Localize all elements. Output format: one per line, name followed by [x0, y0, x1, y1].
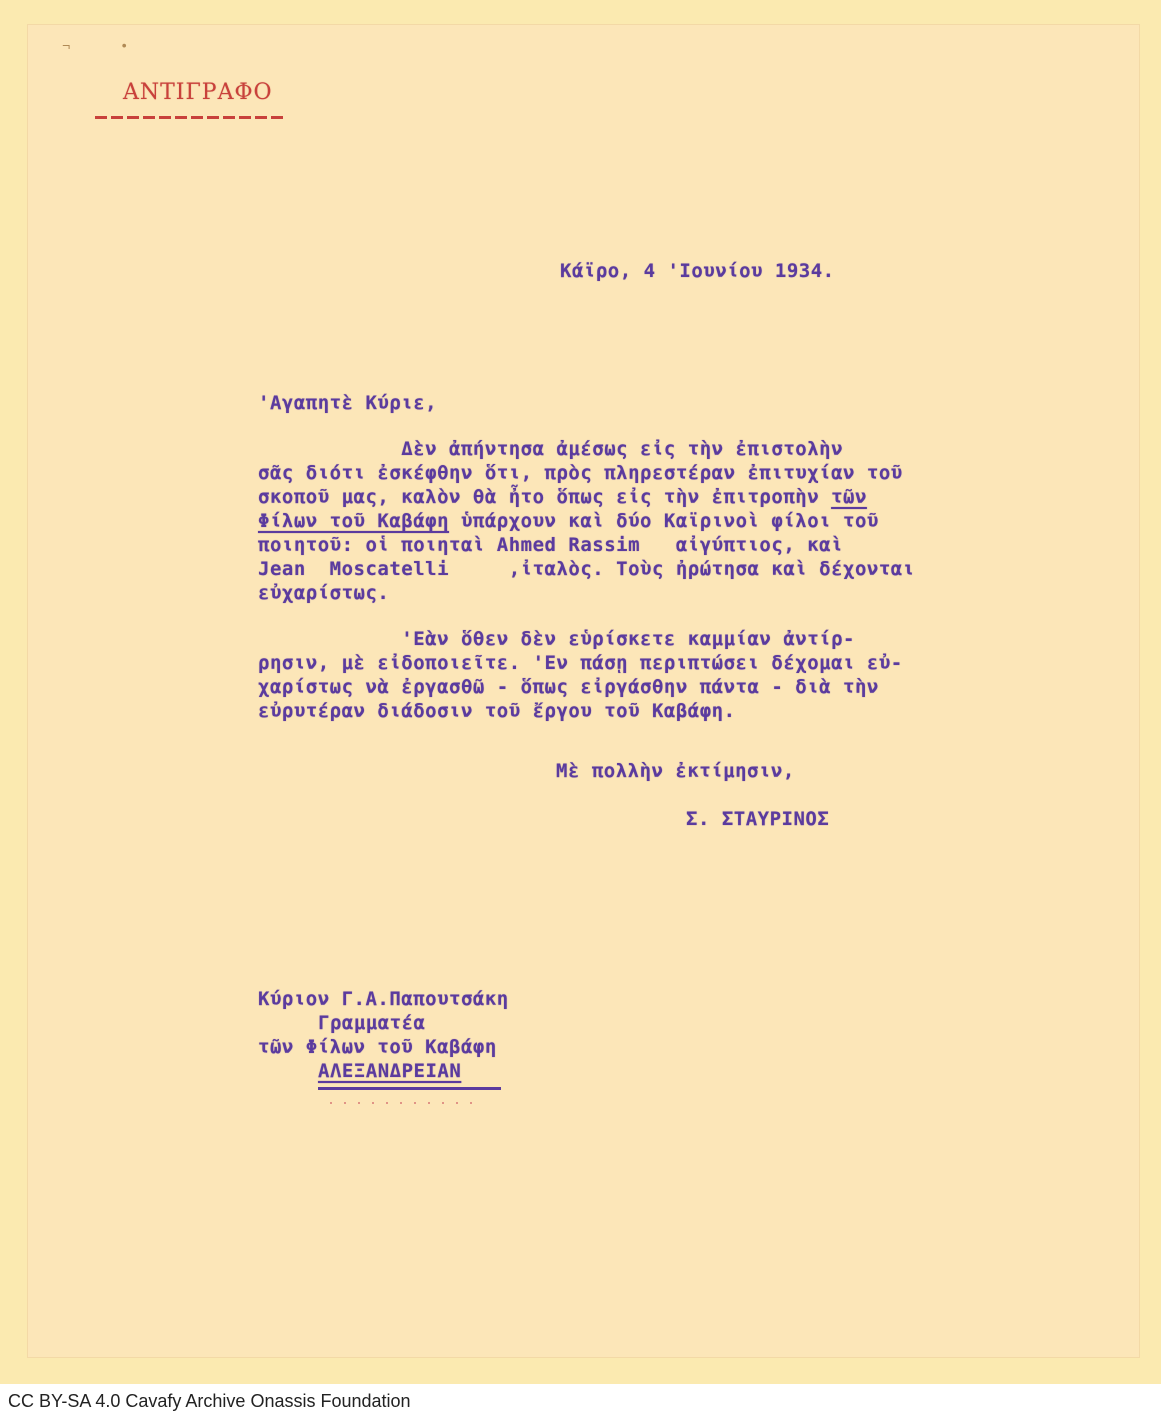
red-dot-marks	[330, 1102, 480, 1104]
copy-stamp: ΑΝΤΙΓΡΑΦΟ	[123, 80, 273, 105]
paragraph-1-text: ὑπάρχουν καὶ δύο Καϊρινοὶ φίλοι τοῦ	[449, 510, 879, 532]
paragraph-1-text: σκοποῦ μας, καλὸν θὰ ἦτο ὅπως εἰς τὴν ἐπ…	[258, 486, 831, 508]
paragraph-1-line: Φίλων τοῦ Καβάφη ὑπάρχουν καὶ δύο Καϊριν…	[258, 510, 879, 532]
paper-mark: •	[120, 40, 128, 54]
address-line: Γραμματέα	[318, 1012, 425, 1034]
closing: Μὲ πολλὴν ἐκτίμησιν,	[556, 760, 795, 782]
underlined-friends-of-cavafy: Φίλων τοῦ Καβάφη	[258, 510, 449, 532]
paragraph-1-line: Jean Moscatelli ,ἰταλὸς. Τοὺς ἠρώτησα κα…	[258, 558, 915, 580]
paragraph-2-line: χαρίστως νὰ ἐργασθῶ - ὅπως εἰργάσθην πάν…	[258, 676, 879, 698]
paragraph-1-line: σᾶς διότι ἐσκέφθην ὅτι, πρὸς πληρεστέραν…	[258, 462, 903, 484]
paragraph-1-line: Δὲν ἀπήντησα ἀμέσως εἰς τὴν ἐπιστολὴν	[258, 438, 843, 460]
address-city: ΑΛΕΞΑΝΔΡΕΙΑΝ	[318, 1060, 461, 1082]
address-line: Κύριον Γ.Α.Παπουτσάκη	[258, 988, 509, 1010]
scanned-page: ¬ • ΑΝΤΙΓΡΑΦΟ Κάϊρο, 4 'Ιουνίου 1934. 'Α…	[0, 0, 1161, 1384]
stamp-underline	[95, 116, 285, 119]
paragraph-2-line: ρησιν, μὲ εἰδοποιεῖτε. 'Εν πάσῃ περιπτώσ…	[258, 652, 903, 674]
salutation: 'Αγαπητὲ Κύριε,	[258, 392, 437, 414]
paragraph-1-line: σκοποῦ μας, καλὸν θὰ ἦτο ὅπως εἰς τὴν ἐπ…	[258, 486, 867, 508]
license-caption: CC BY-SA 4.0 Cavafy Archive Onassis Foun…	[8, 1391, 411, 1412]
underlined-ton: τῶν	[831, 486, 867, 508]
paragraph-1-line: εὐχαρίστως.	[258, 582, 389, 604]
paper-mark: ¬	[62, 40, 70, 54]
city-underline	[318, 1087, 501, 1090]
signature: Σ. ΣΤΑΥΡΙΝΟΣ	[686, 808, 829, 830]
address-line: τῶν Φίλων τοῦ Καβάφη	[258, 1036, 497, 1058]
paragraph-1-line: ποιητοῦ: οἱ ποιηταὶ Ahmed Rassim αἰγύπτι…	[258, 534, 843, 556]
paragraph-2-line: εὐρυτέραν διάδοσιν τοῦ ἔργου τοῦ Καβάφη.	[258, 700, 736, 722]
place-date: Κάϊρο, 4 'Ιουνίου 1934.	[560, 260, 835, 282]
paragraph-2-line: 'Εὰν ὅθεν δὲν εὑρίσκετε καμμίαν ἀντίρ-	[258, 628, 855, 650]
